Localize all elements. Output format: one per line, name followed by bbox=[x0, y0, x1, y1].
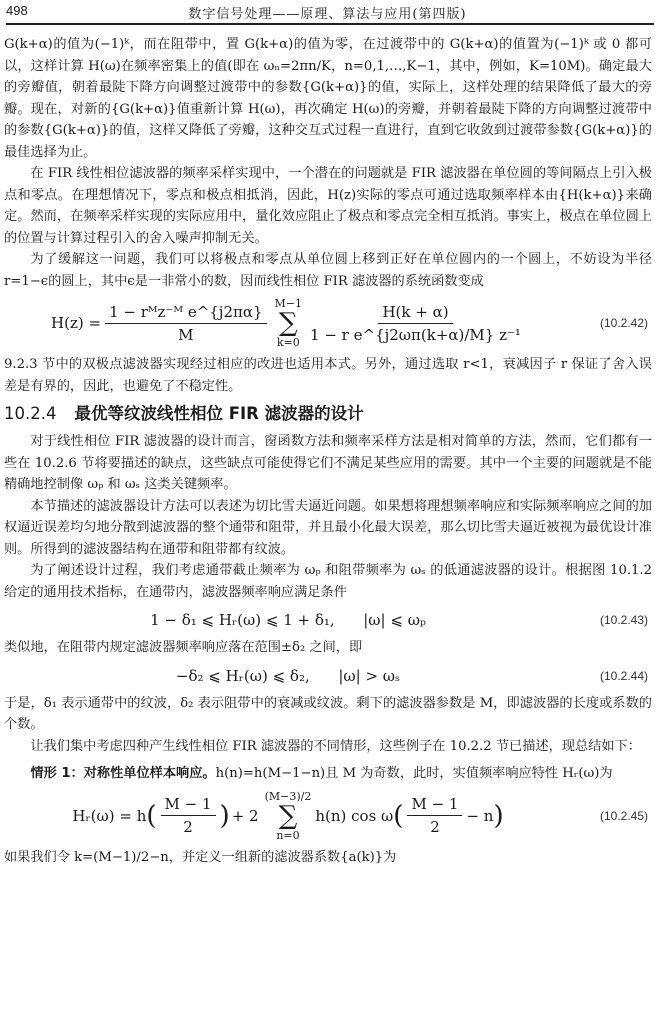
fraction-numerator: H(k + α) bbox=[378, 303, 452, 324]
paragraph: 让我们集中考虑四种产生线性相位 FIR 滤波器的不同情形，这些例子在 10.2.… bbox=[4, 736, 652, 758]
page-header: 498 数字信号处理——原理、算法与应用(第四版) bbox=[6, 0, 649, 24]
paragraph: 为了缓解这一问题，我们可以将极点和零点从单位圆上移到正好在单位圆内的一个圆上，不… bbox=[4, 249, 652, 292]
summation: (M−3)/2 ∑ n=0 bbox=[265, 790, 312, 842]
paragraph: 9.2.3 节中的双极点滤波器实现经过相应的改进也适用本式。另外，通过选取 r<… bbox=[4, 354, 652, 397]
fraction: 1 − rᴹz⁻ᴹ e^{j2πα} M bbox=[105, 303, 266, 344]
paragraph-case-1: 情形 1：对称性单位样本响应。h(n)=h(M−1−n)且 M 为奇数，此时，实… bbox=[4, 763, 652, 785]
section-title: 最优等纹波线性相位 FIR 滤波器的设计 bbox=[74, 404, 363, 423]
paragraph: 在 FIR 线性相位滤波器的频率采样实现中，一个潜在的问题就是 FIR 滤波器在… bbox=[4, 163, 652, 249]
equation-body: 1 − δ₁ ⩽ Hᵣ(ω) ⩽ 1 + δ₁, |ω| ⩽ ωₚ bbox=[150, 611, 426, 629]
equation-body: −δ₂ ⩽ Hᵣ(ω) ⩽ δ₂, |ω| > ωₛ bbox=[176, 667, 400, 685]
equation-number: (10.2.45) bbox=[600, 809, 648, 823]
paragraph: 如果我们令 k=(M−1)/2−n，并定义一组新的滤波器系数{a(k)}为 bbox=[4, 847, 652, 869]
equation-number: (10.2.44) bbox=[600, 669, 648, 683]
paragraph: 为了阐述设计过程，我们考虑通带截止频率为 ωₚ 和阻带频率为 ωₛ 的低通滤波器… bbox=[4, 560, 652, 603]
equation-10-2-44: −δ₂ ⩽ Hᵣ(ω) ⩽ δ₂, |ω| > ωₛ (10.2.44) bbox=[4, 659, 652, 693]
equation-tail: − n bbox=[466, 807, 493, 825]
equation-10-2-42: H(z) = 1 − rᴹz⁻ᴹ e^{j2πα} M M−1 ∑ k=0 H(… bbox=[4, 292, 652, 354]
paragraph: 于是，δ₁ 表示通带中的纹波，δ₂ 表示阻带中的衰减或纹波。剩下的滤波器参数是 … bbox=[4, 693, 652, 736]
paragraph: 类似地，在阻带内规定滤波器频率响应落在范围±δ₂ 之间，即 bbox=[4, 637, 652, 659]
equation-term: h(n) cos ω bbox=[315, 807, 393, 825]
fraction: M − 1 2 bbox=[407, 795, 462, 836]
equation-lhs: Hᵣ(ω) = h bbox=[72, 807, 146, 825]
fraction-numerator: 1 − rᴹz⁻ᴹ e^{j2πα} bbox=[105, 303, 266, 324]
fraction-denominator: 2 bbox=[183, 816, 193, 836]
section-number: 10.2.4 bbox=[4, 404, 56, 423]
fraction-denominator: 2 bbox=[430, 816, 440, 836]
fraction-numerator: M − 1 bbox=[407, 795, 462, 816]
fraction-denominator: M bbox=[178, 324, 193, 344]
header-rule bbox=[6, 23, 654, 25]
equation-10-2-43: 1 − δ₁ ⩽ Hᵣ(ω) ⩽ 1 + δ₁, |ω| ⩽ ωₚ (10.2.… bbox=[4, 603, 652, 637]
equation-lhs: H(z) = bbox=[51, 314, 101, 332]
fraction-denominator: 1 − r e^{j2ωπ(k+α)/M} z⁻¹ bbox=[310, 324, 521, 344]
case-label: 情形 1：对称性单位样本响应。 bbox=[30, 766, 215, 781]
fraction-numerator: M − 1 bbox=[161, 795, 216, 816]
sum-lower-limit: k=0 bbox=[277, 336, 300, 349]
section-heading: 10.2.4最优等纹波线性相位 FIR 滤波器的设计 bbox=[4, 401, 652, 427]
paragraph: 对于线性相位 FIR 滤波器的设计而言，窗函数方法和频率采样方法是相对简单的方法… bbox=[4, 431, 652, 496]
fraction: M − 1 2 bbox=[161, 795, 216, 836]
sigma-symbol: ∑ bbox=[279, 803, 298, 829]
sigma-symbol: ∑ bbox=[279, 310, 298, 336]
running-title: 数字信号处理——原理、算法与应用(第四版) bbox=[6, 3, 649, 22]
sum-lower-limit: n=0 bbox=[276, 829, 299, 842]
equation-number: (10.2.42) bbox=[600, 316, 648, 330]
case-text: h(n)=h(M−1−n)且 M 为奇数，此时，实值频率响应特性 Hᵣ(ω)为 bbox=[216, 766, 613, 781]
equation-plus: + 2 bbox=[232, 807, 259, 825]
equation-10-2-45: Hᵣ(ω) = h ( M − 1 2 ) + 2 (M−3)/2 ∑ n=0 … bbox=[4, 785, 652, 847]
paragraph: G(k+α)的值为(−1)ᵏ，而在阻带中，置 G(k+α)的值为零，在过渡带中的… bbox=[4, 34, 652, 163]
summation: M−1 ∑ k=0 bbox=[275, 297, 302, 349]
paragraph: 本节描述的滤波器设计方法可以表述为切比雪夫逼近问题。如果想将理想频率响应和实际频… bbox=[4, 496, 652, 561]
fraction: H(k + α) 1 − r e^{j2ωπ(k+α)/M} z⁻¹ bbox=[310, 303, 521, 344]
page-body: G(k+α)的值为(−1)ᵏ，而在阻带中，置 G(k+α)的值为零，在过渡带中的… bbox=[4, 34, 652, 868]
equation-number: (10.2.43) bbox=[600, 613, 648, 627]
